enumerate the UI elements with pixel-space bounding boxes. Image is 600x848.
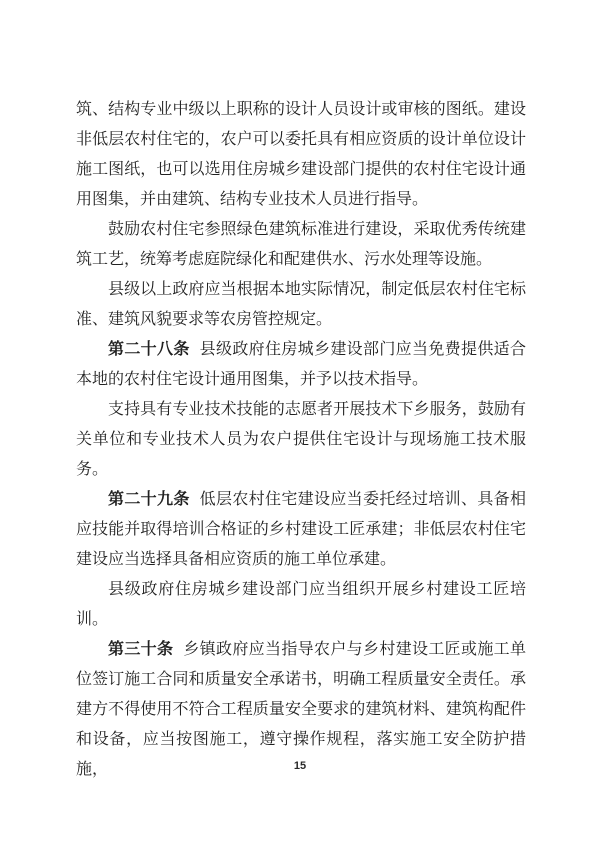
paragraph-text: 乡镇政府应当指导农户与乡村建设工匠或施工单位签订施工合同和质量安全承诺书，明确工… xyxy=(76,641,526,778)
paragraph-text: 县级以上政府应当根据本地实际情况，制定低层农村住宅标准、建筑风貌要求等农房管控规… xyxy=(76,281,526,328)
paragraph: 筑、结构专业中级以上职称的设计人员设计或审核的图纸。建设非低层农村住宅的，农户可… xyxy=(76,95,526,215)
paragraph-article-29: 第二十九条低层农村住宅建设应当委托经过培训、具备相应技能并取得培训合格证的乡村建… xyxy=(76,485,526,575)
article-number: 第二十八条 xyxy=(108,341,190,358)
paragraph: 县级政府住房城乡建设部门应当组织开展乡村建设工匠培训。 xyxy=(76,575,526,635)
paragraph-text: 县级政府住房城乡建设部门应当组织开展乡村建设工匠培训。 xyxy=(76,581,526,628)
paragraph: 支持具有专业技术技能的志愿者开展技术下乡服务，鼓励有关单位和专业技术人员为农户提… xyxy=(76,395,526,485)
paragraph-text: 鼓励农村住宅参照绿色建筑标准进行建设，采取优秀传统建筑工艺，统筹考虑庭院绿化和配… xyxy=(76,221,526,268)
paragraph-text: 筑、结构专业中级以上职称的设计人员设计或审核的图纸。建设非低层农村住宅的，农户可… xyxy=(76,101,526,208)
article-number: 第三十条 xyxy=(108,641,173,658)
page-number: 15 xyxy=(0,759,600,773)
document-page: 筑、结构专业中级以上职称的设计人员设计或审核的图纸。建设非低层农村住宅的，农户可… xyxy=(0,0,600,848)
paragraph-article-28: 第二十八条县级政府住房城乡建设部门应当免费提供适合本地的农村住宅设计通用图集，并… xyxy=(76,335,526,395)
paragraph-text: 支持具有专业技术技能的志愿者开展技术下乡服务，鼓励有关单位和专业技术人员为农户提… xyxy=(76,401,526,478)
paragraph: 鼓励农村住宅参照绿色建筑标准进行建设，采取优秀传统建筑工艺，统筹考虑庭院绿化和配… xyxy=(76,215,526,275)
article-number: 第二十九条 xyxy=(108,491,190,508)
document-text-block: 筑、结构专业中级以上职称的设计人员设计或审核的图纸。建设非低层农村住宅的，农户可… xyxy=(76,95,526,785)
paragraph: 县级以上政府应当根据本地实际情况，制定低层农村住宅标准、建筑风貌要求等农房管控规… xyxy=(76,275,526,335)
